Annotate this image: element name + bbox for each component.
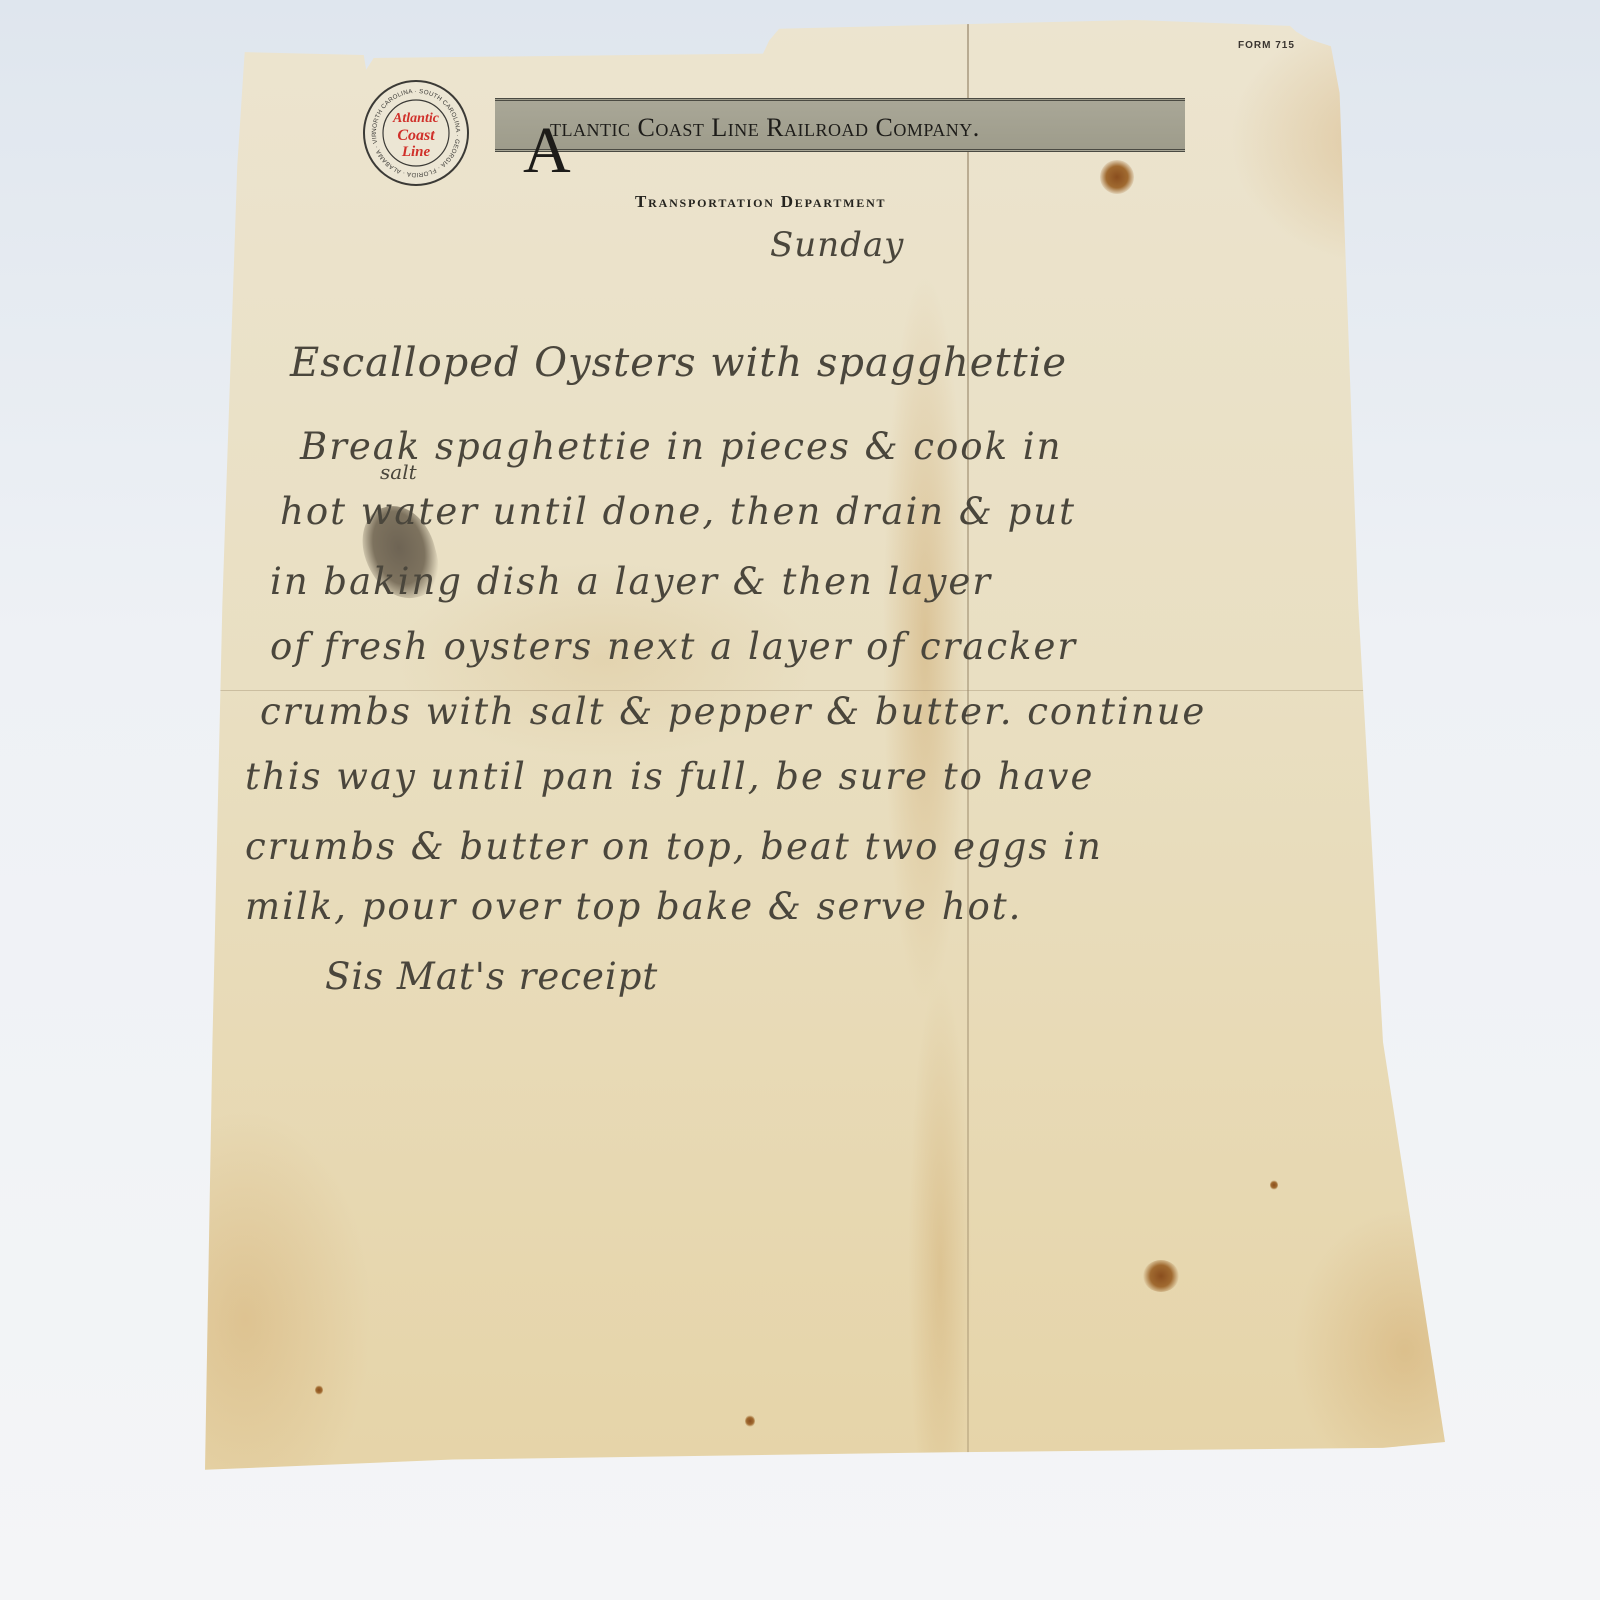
recipe-line: Break spaghettie in pieces & cook in xyxy=(300,425,1062,468)
recipe-line: this way until pan is full, be sure to h… xyxy=(245,755,1094,798)
atlantic-coast-line-seal-logo: NORTH CAROLINA · SOUTH CAROLINA · GEORGI… xyxy=(363,80,469,186)
rust-stain xyxy=(315,1385,323,1395)
letter-sheet: FORM 715 NORTH CAROLINA · SOUTH CAROLINA… xyxy=(205,20,1445,1480)
company-name-initial: A xyxy=(523,118,571,184)
recipe-title: Escalloped Oysters with spagghettie xyxy=(290,340,1067,386)
seal-text-atlantic: Atlantic xyxy=(365,112,467,126)
company-name: tlantic Coast Line Railroad Company. xyxy=(550,113,980,143)
recipe-line: crumbs & butter on top, beat two eggs in xyxy=(245,825,1103,868)
recipe-line: crumbs with salt & pepper & butter. cont… xyxy=(260,690,1206,733)
rust-stain xyxy=(1100,160,1134,194)
department-heading: Transportation Department xyxy=(635,192,886,212)
rust-stain xyxy=(1143,1260,1179,1292)
letter-date: Sunday xyxy=(770,225,904,265)
company-name-banner: tlantic Coast Line Railroad Company. xyxy=(495,98,1185,152)
recipe-line: in baking dish a layer & then layer xyxy=(270,560,992,603)
recipe-line: of fresh oysters next a layer of cracker xyxy=(270,625,1077,668)
recipe-line: hot water until done, then drain & put xyxy=(280,490,1076,533)
signature-note: Sis Mat's receipt xyxy=(325,955,658,998)
rust-stain xyxy=(745,1415,755,1427)
recipe-line: milk, pour over top bake & serve hot. xyxy=(245,885,1022,928)
form-number: FORM 715 xyxy=(1238,40,1295,51)
seal-text-coast: Coast xyxy=(365,128,467,144)
vertical-fold-crease xyxy=(967,20,969,1480)
rust-stain xyxy=(1270,1180,1278,1190)
seal-text-line: Line xyxy=(365,145,467,160)
